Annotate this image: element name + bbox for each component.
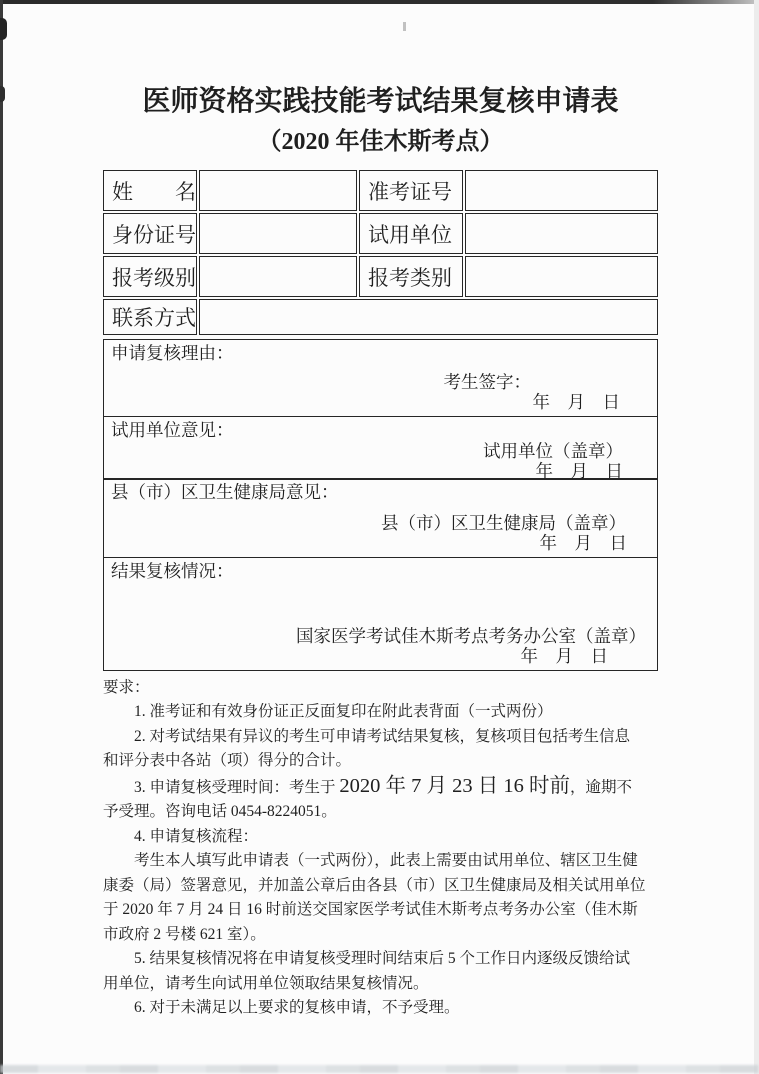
table-row: 姓 名 准考证号 (103, 170, 658, 211)
section-stamp-block: 试用单位（盖章） 年 月 日 (104, 441, 657, 481)
stamp-line: 县（市）区卫生健康局（盖章） (104, 513, 657, 533)
field-label-admission-no: 准考证号 (359, 170, 463, 211)
requirement-line: 和评分表中各站（项）得分的合计。 (103, 749, 658, 774)
form-title: 医师资格实践技能考试结果复核申请表 (103, 84, 658, 120)
table-row: 报考级别 报考类别 (103, 256, 658, 297)
applicant-info-table: 姓 名 准考证号 身份证号 试用单位 报考级别 报考类别 (101, 168, 660, 337)
section-stamp-block: 县（市）区卫生健康局（盖章） 年 月 日 (104, 513, 657, 553)
field-label-id-number: 身份证号 (103, 213, 197, 254)
section-review-reason: 申请复核理由： 考生签字： 年 月 日 (103, 339, 658, 417)
table-row: 身份证号 试用单位 (103, 213, 658, 254)
requirement-line: 2. 对考试结果有异议的考生可申请考试结果复核，复核项目包括考生信息 (103, 725, 658, 750)
requirement-line: 1. 准考证和有效身份证正反面复印在附此表背面（一式两份） (103, 700, 658, 725)
scan-artifact-right-edge (754, 0, 759, 1074)
field-label-exam-level: 报考级别 (103, 256, 197, 297)
form-subtitle: （2020 年佳木斯考点） (103, 126, 658, 158)
requirement-line: 5. 结果复核情况将在申请复核受理时间结束后 5 个工作日内逐级反馈给试 (103, 947, 658, 972)
stamp-line: 国家医学考试佳木斯考点考务办公室（盖章） (104, 626, 657, 646)
section-health-bureau-opinion: 县（市）区卫生健康局意见： 县（市）区卫生健康局（盖章） 年 月 日 (103, 478, 658, 558)
requirement-line: 康委（局）签署意见，并加盖公章后由各县（市）区卫生健康局及相关试用单位 (103, 874, 658, 899)
field-value-name (199, 170, 357, 211)
scan-artifact-blob (0, 18, 7, 40)
field-label-contact: 联系方式 (103, 299, 197, 335)
requirement-line: 市政府 2 号楼 621 室）。 (103, 923, 658, 948)
field-value-exam-level (199, 256, 357, 297)
requirements-heading: 要求： (103, 676, 658, 701)
section-sign-block: 考生签字： 年 月 日 (104, 372, 657, 412)
document-content: 医师资格实践技能考试结果复核申请表 （2020 年佳木斯考点） 姓 名 准考证号… (103, 0, 658, 1021)
requirement-line: 4. 申请复核流程： (103, 825, 658, 850)
table-row: 联系方式 (103, 299, 658, 335)
date-line: 年 月 日 (104, 392, 657, 412)
requirement-line: 考生本人填写此申请表（一式两份），此表上需要由试用单位、辖区卫生健 (103, 849, 658, 874)
date-line: 年 月 日 (104, 646, 657, 666)
date-line: 年 月 日 (104, 461, 657, 481)
section-stamp-block: 国家医学考试佳木斯考点考务办公室（盖章） 年 月 日 (104, 626, 657, 666)
field-value-employer (465, 213, 658, 254)
section-heading: 结果复核情况： (104, 561, 657, 582)
section-heading: 申请复核理由： (104, 343, 657, 364)
field-label-name: 姓 名 (103, 170, 197, 211)
section-heading: 县（市）区卫生健康局意见： (104, 482, 657, 503)
field-value-admission-no (465, 170, 658, 211)
requirement-line-deadline: 3. 申请复核受理时间：考生于 2020 年 7 月 23 日 16 时前，逾期… (103, 774, 658, 801)
section-review-result: 结果复核情况： 国家医学考试佳木斯考点考务办公室（盖章） 年 月 日 (103, 557, 658, 671)
requirement-line: 予受理。咨询电话 0454-8224051。 (103, 800, 658, 825)
field-value-contact (199, 299, 658, 335)
requirements-block: 要求： 1. 准考证和有效身份证正反面复印在附此表背面（一式两份） 2. 对考试… (103, 676, 658, 1021)
scan-artifact-bottom-edge (0, 1065, 759, 1073)
requirement-line: 6. 对于未满足以上要求的复核申请，不予受理。 (103, 996, 658, 1021)
scan-artifact-blob (0, 86, 5, 102)
field-label-employer: 试用单位 (359, 213, 463, 254)
scanned-document-page: 医师资格实践技能考试结果复核申请表 （2020 年佳木斯考点） 姓 名 准考证号… (0, 0, 759, 1074)
field-value-exam-category (465, 256, 658, 297)
scan-artifact-left-edge (0, 0, 3, 1074)
requirement-line: 于 2020 年 7 月 24 日 16 时前送交国家医学考试佳木斯考点考务办公… (103, 898, 658, 923)
requirement-line: 用单位，请考生向试用单位领取结果复核情况。 (103, 972, 658, 997)
candidate-signature-label: 考生签字： (104, 372, 657, 392)
stamp-line: 试用单位（盖章） (104, 441, 657, 461)
deadline-date-emphasized: 2020 年 7 月 23 日 16 时前 (339, 775, 570, 797)
section-heading: 试用单位意见： (104, 420, 657, 441)
date-line: 年 月 日 (104, 533, 657, 553)
deadline-text-post: ，逾期不 (570, 779, 632, 796)
section-employer-opinion: 试用单位意见： 试用单位（盖章） 年 月 日 (103, 416, 658, 480)
field-label-exam-category: 报考类别 (359, 256, 463, 297)
deadline-text-pre: 3. 申请复核受理时间：考生于 (103, 779, 339, 796)
field-value-id-number (199, 213, 357, 254)
